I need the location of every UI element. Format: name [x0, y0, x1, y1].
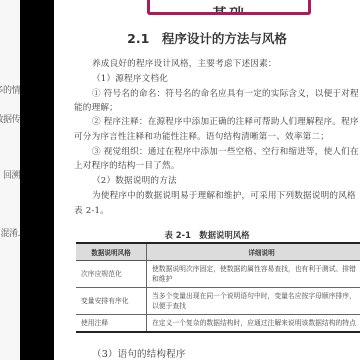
- section-title: 2.1 程序设计的方法与风格: [54, 29, 360, 47]
- detail-line: 和维护: [152, 274, 360, 284]
- left-page-text: 数据传: [0, 112, 20, 125]
- table-caption: 表 2-1 数据说明风格: [54, 229, 360, 241]
- table-header-cell: 数据说明风格: [76, 243, 147, 261]
- table-cell-style: 使用注释: [76, 315, 147, 333]
- table-cell-detail: 在定义一个复杂的数据结构时，应通过注解来说明该数据结构的特点: [147, 315, 360, 333]
- table-header-row: 数据说明风格 详细说明: [76, 243, 360, 261]
- table-cell-style: 变量安排有序化: [76, 288, 147, 315]
- paragraph-line: 表 2-1。: [74, 204, 109, 216]
- subheading: （3）语句的结构程序: [92, 346, 186, 360]
- table-cell-style: 次序应规范化: [76, 261, 147, 288]
- chapter-title: 第 2 章 程序设计基础: [150, 0, 308, 15]
- detail-line: 使数据说明次序固定，使数据的属性容易查找，也有利于测试、排错: [152, 264, 360, 274]
- detail-line: 在定义一个复杂的数据结构时，应通过注解来说明该数据结构的特点: [152, 318, 360, 328]
- table-row: 使用注释 在定义一个复杂的数据结构时，应通过注解来说明该数据结构的特点: [76, 315, 360, 333]
- detail-line: 当多个变量出现在同一个说明语句中时，变量名应按字母顺序排序，: [152, 291, 360, 301]
- table-row: 变量安排有序化 当多个变量出现在同一个说明语句中时，变量名应按字母顺序排序， 以…: [76, 288, 360, 315]
- table-row: 次序应规范化 使数据说明次序固定，使数据的属性容易查找，也有利于测试、排错 和维…: [76, 261, 360, 288]
- subheading: （2）数据说明的方法: [92, 174, 177, 186]
- chapter-heading-box: 第 2 章 程序设计基础: [147, 0, 311, 15]
- detail-line: 以便于查找: [152, 301, 360, 311]
- paragraph-line: ① 符号名的命名：符号名的命名应具有一定的实际含义，以便于对程: [92, 87, 359, 99]
- paragraph-line: ② 程序注释：在源程序中添加正确的注释可帮助人们理解程序。程序: [92, 115, 359, 127]
- subheading: （1）源程序文档化: [92, 72, 168, 84]
- paragraph-line: 上对程序的结构一目了然。: [74, 159, 180, 171]
- table-header-cell: 详细说明: [147, 243, 360, 261]
- table-cell-detail: 当多个变量出现在同一个说明语句中时，变量名应按字母顺序排序， 以便于查找: [147, 288, 360, 315]
- book-gutter: [20, 0, 54, 360]
- table-cell-detail: 使数据说明次序固定，使数据的属性容易查找，也有利于测试、排错 和维护: [147, 261, 360, 288]
- data-style-table: 数据说明风格 详细说明 次序应规范化 使数据说明次序固定，使数据的属性容易查找，…: [76, 242, 360, 333]
- paragraph-line: 可分为序言性注释和功能性注释。语句结构清晰第一、效率第二；: [74, 130, 329, 142]
- adjacent-left-page: 多的情 数据传 回溯 混淆.: [0, 0, 20, 360]
- left-page-text: 多的情: [0, 83, 20, 96]
- book-page: 第 2 章 程序设计基础 2.1 程序设计的方法与风格 养成良好的程序设计风格，…: [54, 0, 360, 360]
- paragraph-line: 能的理解；: [74, 101, 118, 113]
- paragraph-line: 养成良好的程序设计风格，主要考虑下述因素：: [92, 57, 277, 69]
- paragraph-line: 为使程序中的数据说明易于理解和维护，可采用下列数据说明的风格: [92, 189, 356, 201]
- paragraph-line: ③ 视觉组织：通过在程序中添加一些空格、空行和缩进等，使人们在: [92, 145, 359, 157]
- left-page-text: 回溯: [3, 168, 20, 181]
- left-page-text: 混淆.: [1, 226, 20, 239]
